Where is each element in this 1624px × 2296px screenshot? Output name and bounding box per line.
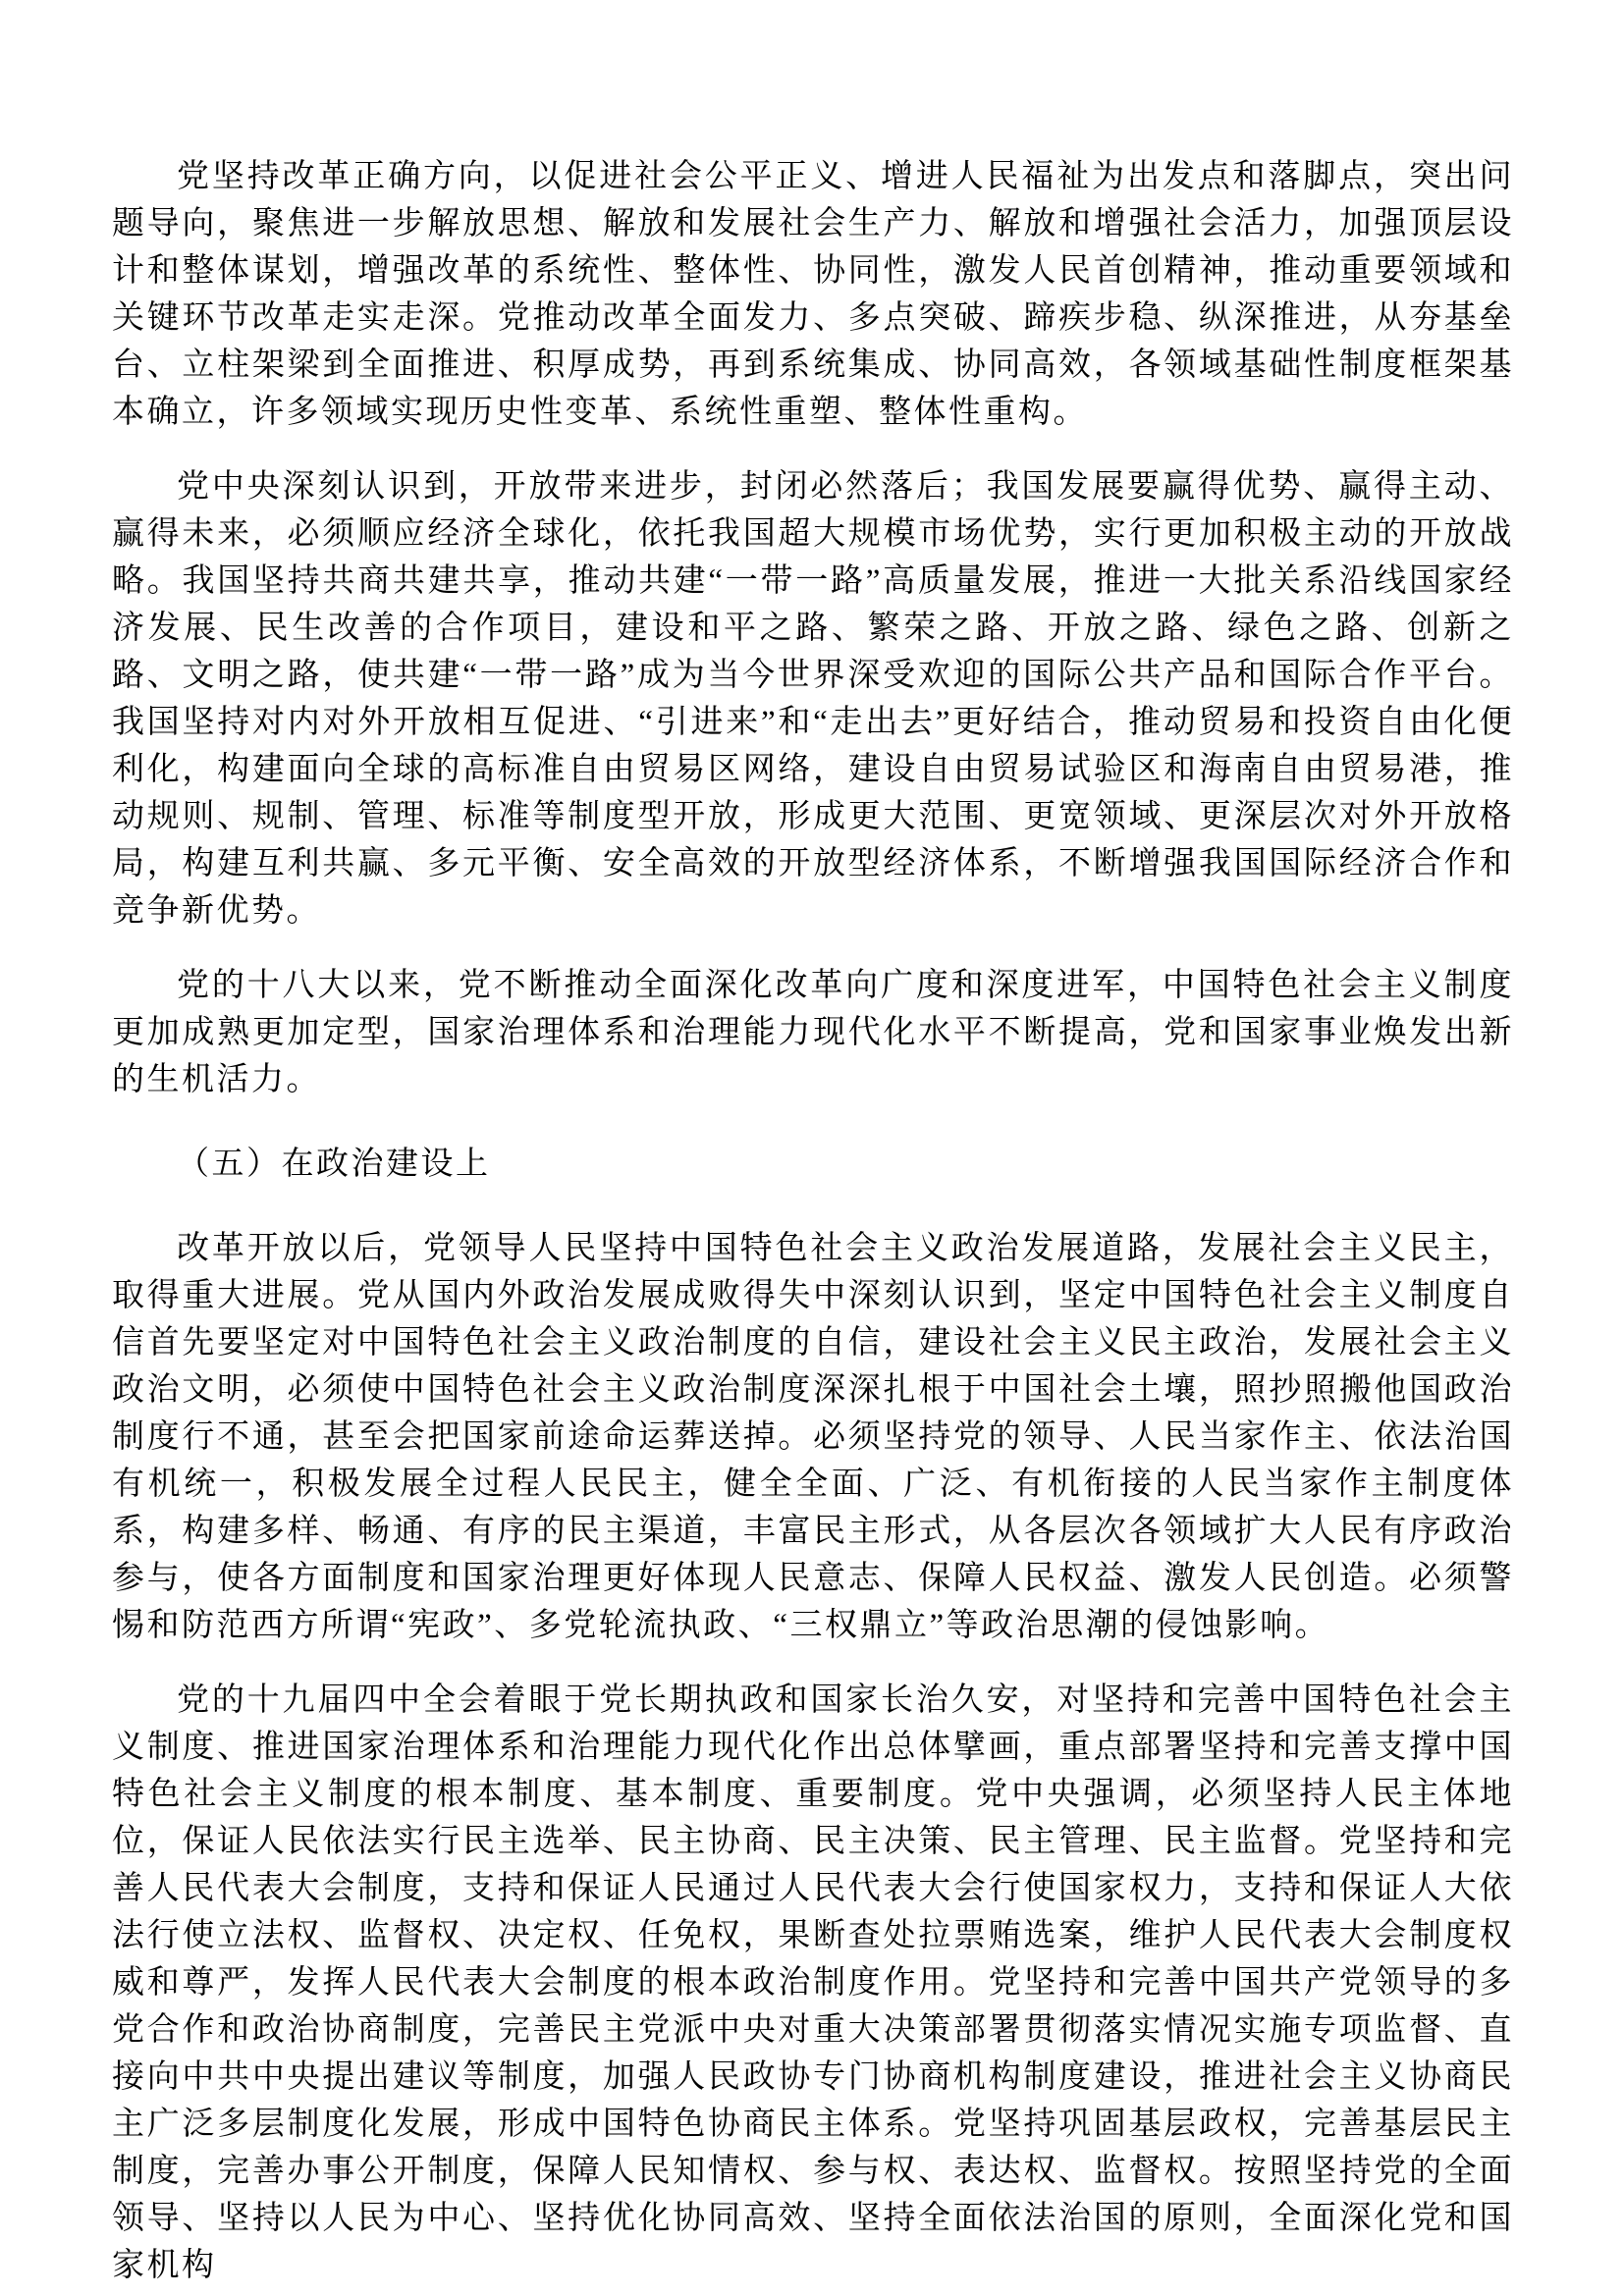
paragraph-since-18th-congress: 党的十八大以来，党不断推动全面深化改革向广度和深度进军，中国特色社会主义制度更加… — [112, 962, 1514, 1103]
paragraph-opening-up: 党中央深刻认识到，开放带来进步，封闭必然落后；我国发展要赢得优势、赢得主动、赢得… — [112, 463, 1514, 934]
paragraph-reform-direction: 党坚持改革正确方向，以促进社会公平正义、增进人民福祉为出发点和落脚点，突出问题导… — [112, 153, 1514, 436]
section-heading-political-construction: （五）在政治建设上 — [112, 1141, 1514, 1188]
paragraph-fourth-plenary-session: 党的十九届四中全会着眼于党长期执政和国家长治久安，对坚持和完善中国特色社会主义制… — [112, 1677, 1514, 2289]
paragraph-political-development-path: 改革开放以后，党领导人民坚持中国特色社会主义政治发展道路，发展社会主义民主，取得… — [112, 1225, 1514, 1649]
document-page: 党坚持改革正确方向，以促进社会公平正义、增进人民福祉为出发点和落脚点，突出问题导… — [0, 0, 1624, 2296]
